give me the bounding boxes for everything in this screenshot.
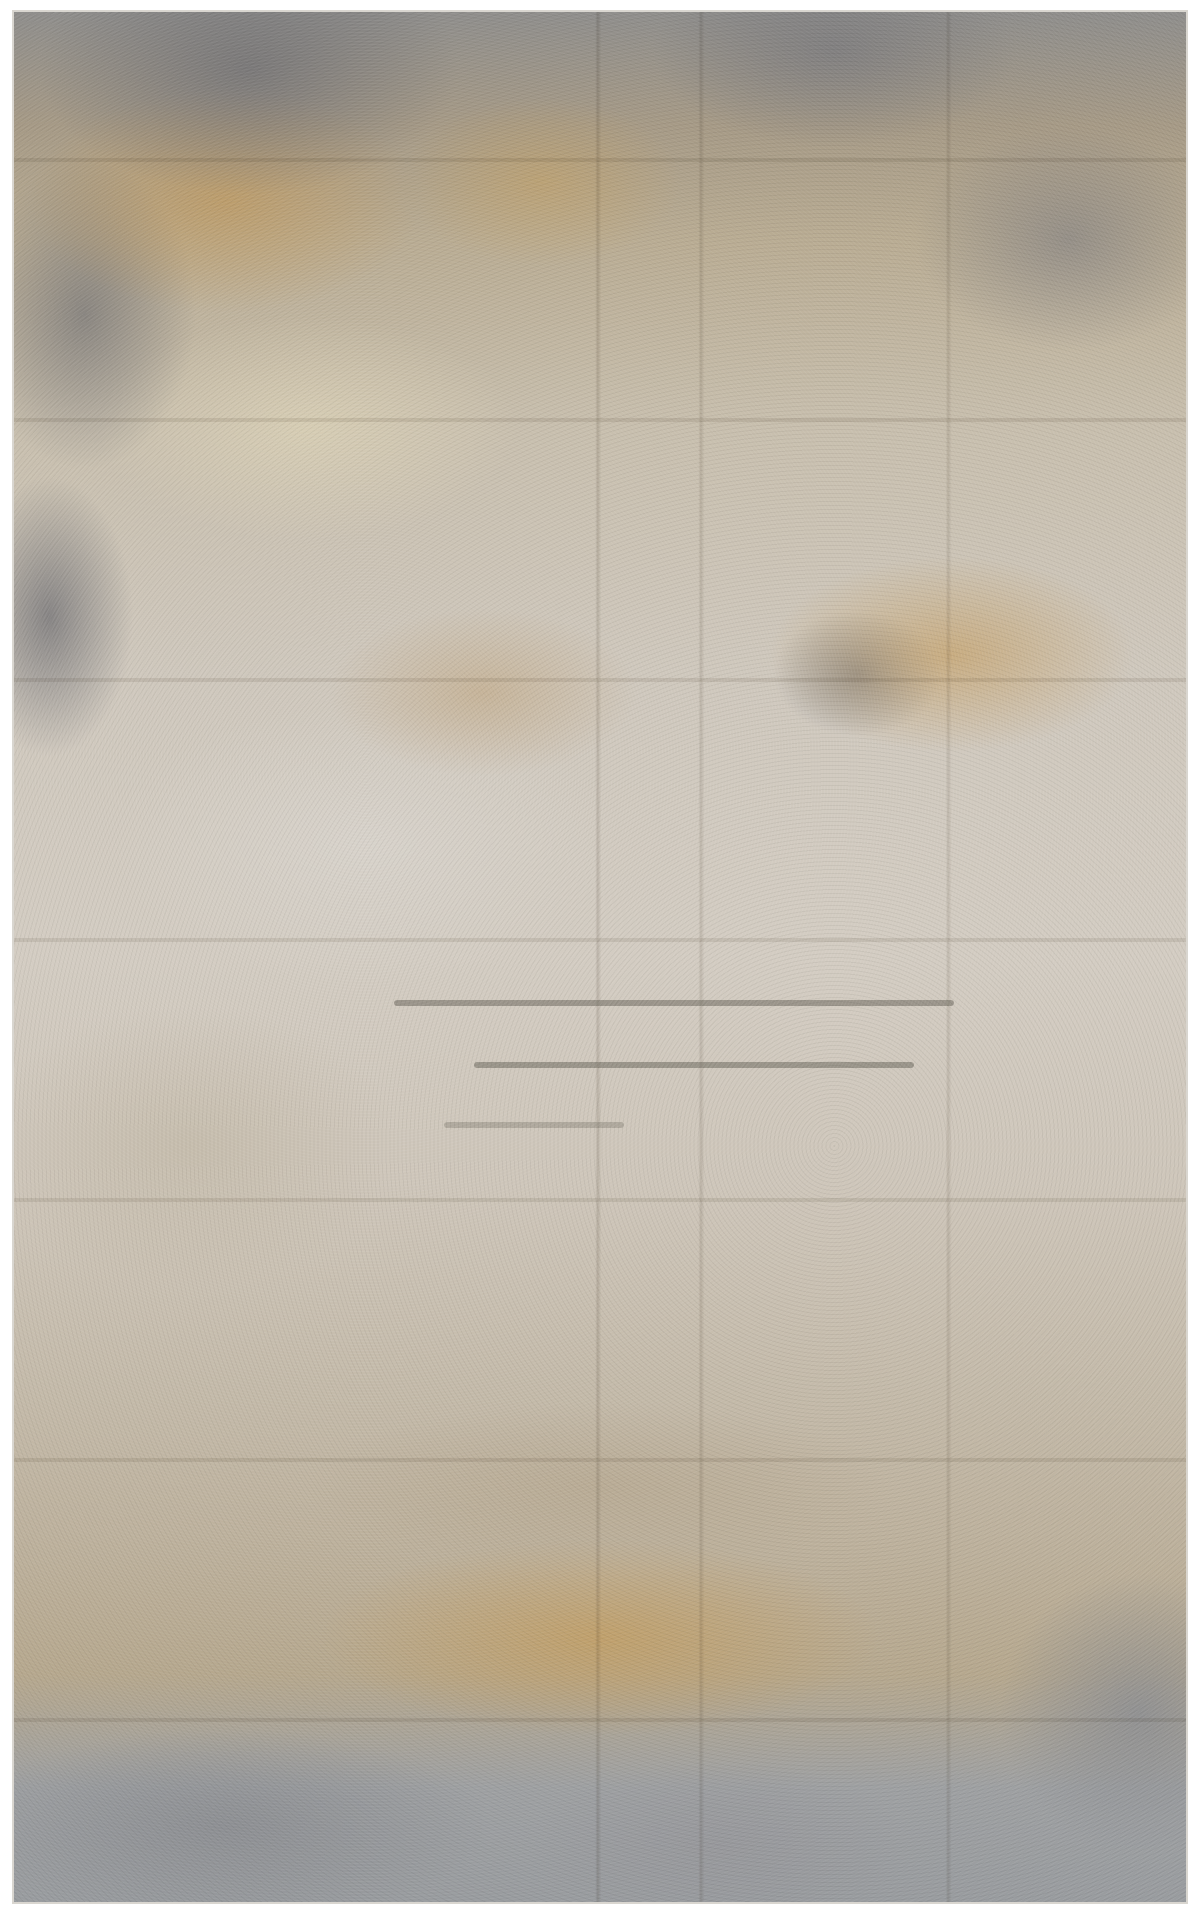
rug-pile-noise (14, 12, 1186, 1902)
rug-product-image (12, 10, 1188, 1904)
